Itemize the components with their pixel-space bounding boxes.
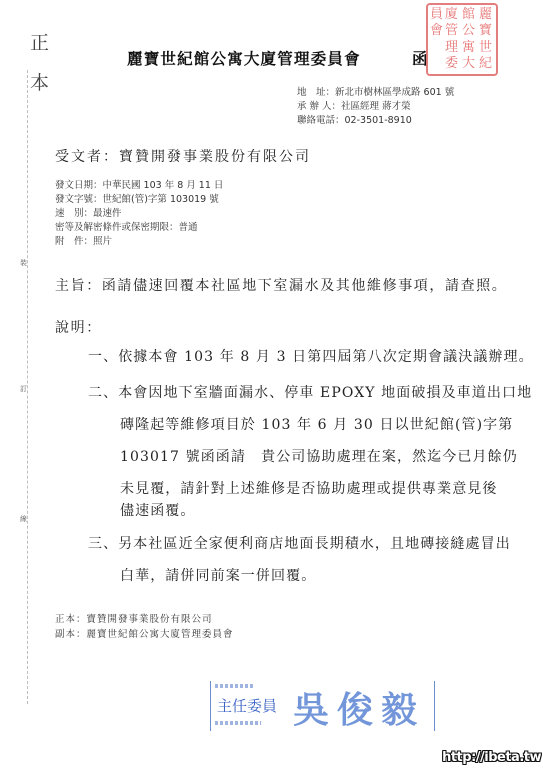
description-item-1: 一、依據本會 103 年 8 月 3 日第四屆第八次定期會議決議辦理。 — [88, 346, 534, 366]
contact-address: 地 址：新北市樹林區學成路 601 號 — [297, 84, 454, 98]
meta-reference: 發文字號：世紀館(管)字第 103019 號 — [55, 191, 219, 205]
subject-text: 函請儘速回覆本社區地下室漏水及其他維修事項，請查照。 — [102, 278, 508, 294]
seal-char: 世 — [477, 40, 494, 56]
secrecy-value: 普通 — [179, 222, 198, 233]
handler-label: 承 辦 人： — [297, 101, 341, 112]
seal-char: 理 — [443, 40, 460, 56]
description-item-2-line-4: 未見覆，請針對上述維修是否協助處理或提供專業意見後 — [120, 478, 498, 498]
reference-value: 世紀館(管)字第 103019 號 — [103, 194, 219, 205]
seal-char: 寶 — [477, 23, 494, 39]
seal-char: 館 — [460, 7, 477, 23]
meta-date: 發文日期：中華民國 103 年 8 月 11 日 — [55, 177, 223, 191]
site-watermark: http://ibeta.tw — [442, 750, 541, 765]
contact-phone: 聯絡電話：02-3501-8910 — [297, 112, 412, 126]
handler-value: 社區經理 蔣才榮 — [341, 101, 411, 112]
date-label: 發文日期： — [55, 180, 103, 191]
meta-attachment: 附 件：照片 — [55, 233, 112, 247]
description-label: 說明： — [55, 317, 102, 337]
subject-label: 主旨： — [55, 278, 102, 294]
contact-handler: 承 辦 人：社區經理 蔣才榮 — [297, 98, 411, 112]
document-title: 麗寶世紀館公寓大廈管理委員會 — [127, 47, 361, 69]
seal-char: 麗 — [477, 7, 494, 23]
recipient-value: 寶贊開發事業股份有限公司 — [119, 149, 311, 165]
speed-value: 最速件 — [93, 208, 122, 219]
subject-line: 主旨：函請儘速回覆本社區地下室漏水及其他維修事項，請查照。 — [55, 275, 507, 295]
description-item-2-line-1: 二、本會因地下室牆面漏水、停車 EPOXY 地面破損及車道出口地 — [88, 382, 532, 402]
attachment-value: 照片 — [93, 236, 112, 247]
copy-label: 副本： — [55, 629, 87, 640]
stamp-texture — [215, 684, 255, 688]
description-item-3-line-2: 白華，請併同前案一併回覆。 — [120, 565, 316, 585]
phone-label: 聯絡電話： — [297, 115, 345, 126]
seal-char: 紀 — [477, 56, 494, 72]
seal-char: 公 — [460, 23, 477, 39]
distribution-original: 正本：寶贊開發事業股份有限公司 — [55, 611, 213, 625]
description-item-3-line-1: 三、另本社區近全家便利商店地面長期積水，且地磚接縫處冒出 — [88, 533, 511, 553]
binding-label-ding: 訂 — [20, 383, 27, 395]
description-item-2-line-2: 磚隆起等維修項目於 103 年 6 月 30 日以世紀館(管)字第 — [120, 414, 513, 434]
seal-char: 管 — [443, 23, 460, 39]
stamp-texture — [215, 721, 261, 725]
seal-char: 寓 — [460, 40, 477, 56]
recipient-label: 受文者： — [55, 149, 119, 165]
binding-label-zhuang: 裝 — [20, 257, 27, 269]
seal-char: 廈 — [443, 7, 460, 23]
meta-secrecy: 密等及解密條件或保密期限：普通 — [55, 219, 198, 233]
original-label: 正本： — [55, 614, 87, 625]
distribution-copy: 副本：麗寶世紀館公寓大廈管理委員會 — [55, 626, 234, 640]
phone-value: 02-3501-8910 — [345, 115, 412, 126]
chairman-signature-stamp: 主任委員 吳俊毅 — [210, 681, 435, 731]
copy-mark-zheng: 正 — [30, 28, 49, 55]
address-label: 地 址： — [297, 87, 335, 98]
signature-title: 主任委員 — [217, 695, 277, 716]
description-item-2-line-3: 103017 號函函請 貴公司協助處理在案，然迄今已月餘仍 — [120, 446, 518, 466]
seal-char: 委 — [443, 56, 460, 72]
reference-label: 發文字號： — [55, 194, 103, 205]
binding-line — [27, 70, 28, 704]
committee-seal-stamp: 麗 寶 世 紀 館 公 寓 大 廈 管 理 委 員 會 — [426, 3, 498, 76]
attachment-label: 附 件： — [55, 236, 93, 247]
copy-mark-ben: 本 — [30, 68, 49, 95]
recipient-line: 受文者：寶贊開發事業股份有限公司 — [55, 146, 311, 166]
binding-label-xian: 線 — [20, 513, 27, 525]
description-item-2-line-5: 儘速函覆。 — [120, 500, 196, 520]
secrecy-label: 密等及解密條件或保密期限： — [55, 222, 179, 233]
speed-label: 速 別： — [55, 208, 93, 219]
meta-speed: 速 別：最速件 — [55, 205, 122, 219]
seal-char: 會 — [430, 23, 443, 39]
seal-char: 員 — [430, 7, 443, 23]
date-value: 中華民國 103 年 8 月 11 日 — [103, 180, 224, 191]
address-value: 新北市樹林區學成路 601 號 — [335, 87, 454, 98]
copy-value: 麗寶世紀館公寓大廈管理委員會 — [87, 629, 234, 640]
original-value: 寶贊開發事業股份有限公司 — [87, 614, 213, 625]
seal-char: 大 — [460, 56, 477, 72]
signature-name: 吳俊毅 — [293, 682, 425, 733]
